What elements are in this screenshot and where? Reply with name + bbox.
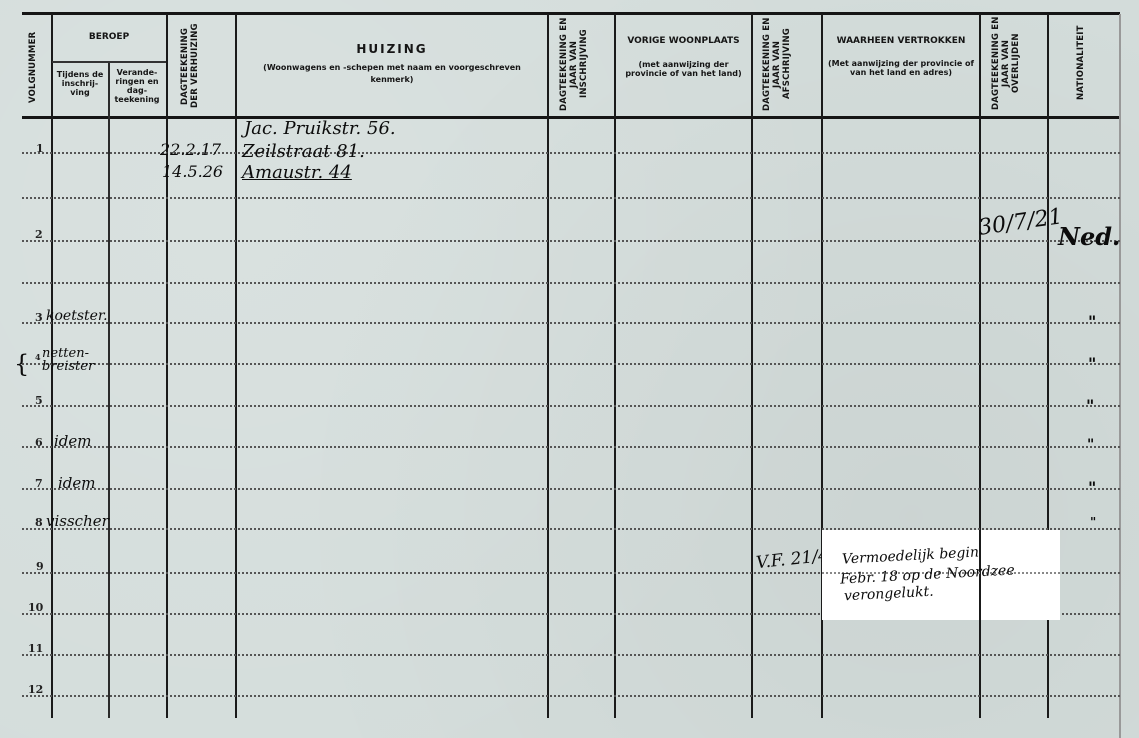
row-number: 1 bbox=[36, 142, 44, 155]
header-dagteekening-overlijden: DAGTEEKENING EN JAAR VAN OVERLIJDEN bbox=[991, 14, 1035, 112]
row-number: 2 bbox=[35, 228, 43, 241]
header-vorige-woonplaats-sub: (met aanwijzing der provincie of van het… bbox=[620, 60, 747, 78]
column-divider bbox=[108, 62, 110, 718]
header-top-rule bbox=[22, 12, 1120, 15]
row-number: 10 bbox=[28, 601, 43, 614]
row-line bbox=[22, 363, 1120, 365]
row-line bbox=[22, 282, 1120, 284]
header-volgnummer: VOLGNUMMER bbox=[28, 20, 46, 114]
row-number: 12 bbox=[28, 683, 43, 696]
nationaliteit-entry: Ned. bbox=[1058, 222, 1120, 251]
nationaliteit-ditto: " bbox=[1088, 354, 1096, 373]
header-huizing: HUIZING bbox=[237, 42, 547, 56]
row-line bbox=[22, 654, 1120, 656]
beroep-entry: idem bbox=[58, 474, 96, 492]
page-edge bbox=[1119, 14, 1121, 738]
row-line bbox=[22, 488, 1120, 490]
header-beroep-tijdens: Tijdens de inschrij- ving bbox=[54, 70, 106, 97]
beroep-subheader-rule bbox=[52, 61, 166, 63]
scanned-register-page: VOLGNUMMER BEROEP Tijdens de inschrij- v… bbox=[0, 0, 1139, 738]
row-line bbox=[22, 695, 1120, 697]
nationaliteit-ditto: " bbox=[1086, 396, 1094, 415]
nationaliteit-ditto: " bbox=[1090, 515, 1096, 529]
header-dagteekening-verhuizing: DAGTEEKENING DER VERHUIZING bbox=[180, 18, 224, 114]
row-number: 3 bbox=[35, 311, 43, 324]
header-nationaliteit: NATIONALITEIT bbox=[1076, 16, 1090, 110]
row-number: 6 bbox=[35, 436, 43, 449]
address-entry: Amaustr. 44 bbox=[242, 162, 352, 183]
row-number: 5 bbox=[35, 394, 43, 407]
header-waarheen-sub: (Met aanwijzing der provincie of van het… bbox=[825, 59, 977, 77]
row-number: 8 bbox=[35, 516, 43, 529]
verhuizing-date: 22.2.17 bbox=[160, 140, 221, 159]
header-huizing-sub: (Woonwagens en -schepen met naam en voor… bbox=[262, 62, 522, 86]
header-beroep: BEROEP bbox=[52, 32, 166, 42]
header-waarheen-vertrokken: WAARHEEN VERTROKKEN bbox=[823, 36, 979, 46]
header-dagteekening-inschrijving: DAGTEEKENING EN JAAR VAN INSCHRIJVING bbox=[559, 16, 603, 112]
address-entry: Jac. Pruikstr. 56. bbox=[244, 118, 396, 139]
overlijden-date: 30/7/21 bbox=[977, 204, 1064, 241]
row-line bbox=[22, 197, 1120, 199]
header-vorige-woonplaats: VORIGE WOONPLAATS bbox=[616, 36, 751, 46]
row-number: 9 bbox=[36, 560, 44, 573]
header-dagteekening-afschrijving: DAGTEEKENING EN JAAR VAN AFSCHRIJVING bbox=[762, 16, 806, 112]
nationaliteit-ditto: " bbox=[1088, 312, 1096, 331]
row-number: 7 bbox=[35, 477, 43, 490]
beroep-entry: idem bbox=[54, 432, 92, 450]
row-line bbox=[22, 446, 1120, 448]
beroep-entry: visscher bbox=[46, 512, 109, 530]
beroep-entry: koetster. bbox=[46, 308, 108, 324]
row-line bbox=[22, 405, 1120, 407]
beroep-entry: netten- breister bbox=[42, 347, 110, 373]
row-number: 11 bbox=[28, 642, 43, 655]
beroep-bracket: { bbox=[14, 350, 29, 378]
row-line bbox=[22, 240, 1120, 242]
header-bottom-rule bbox=[22, 116, 1120, 119]
row-line bbox=[22, 322, 1120, 324]
nationaliteit-ditto: " bbox=[1087, 437, 1094, 453]
nationaliteit-ditto: " bbox=[1088, 478, 1096, 497]
verhuizing-date: 14.5.26 bbox=[162, 162, 223, 181]
header-beroep-veranderingen: Verande- ringen en dag- teekening bbox=[109, 68, 165, 104]
row-number: 4 bbox=[35, 352, 41, 362]
address-entry: Zeilstraat 81. bbox=[242, 141, 365, 162]
